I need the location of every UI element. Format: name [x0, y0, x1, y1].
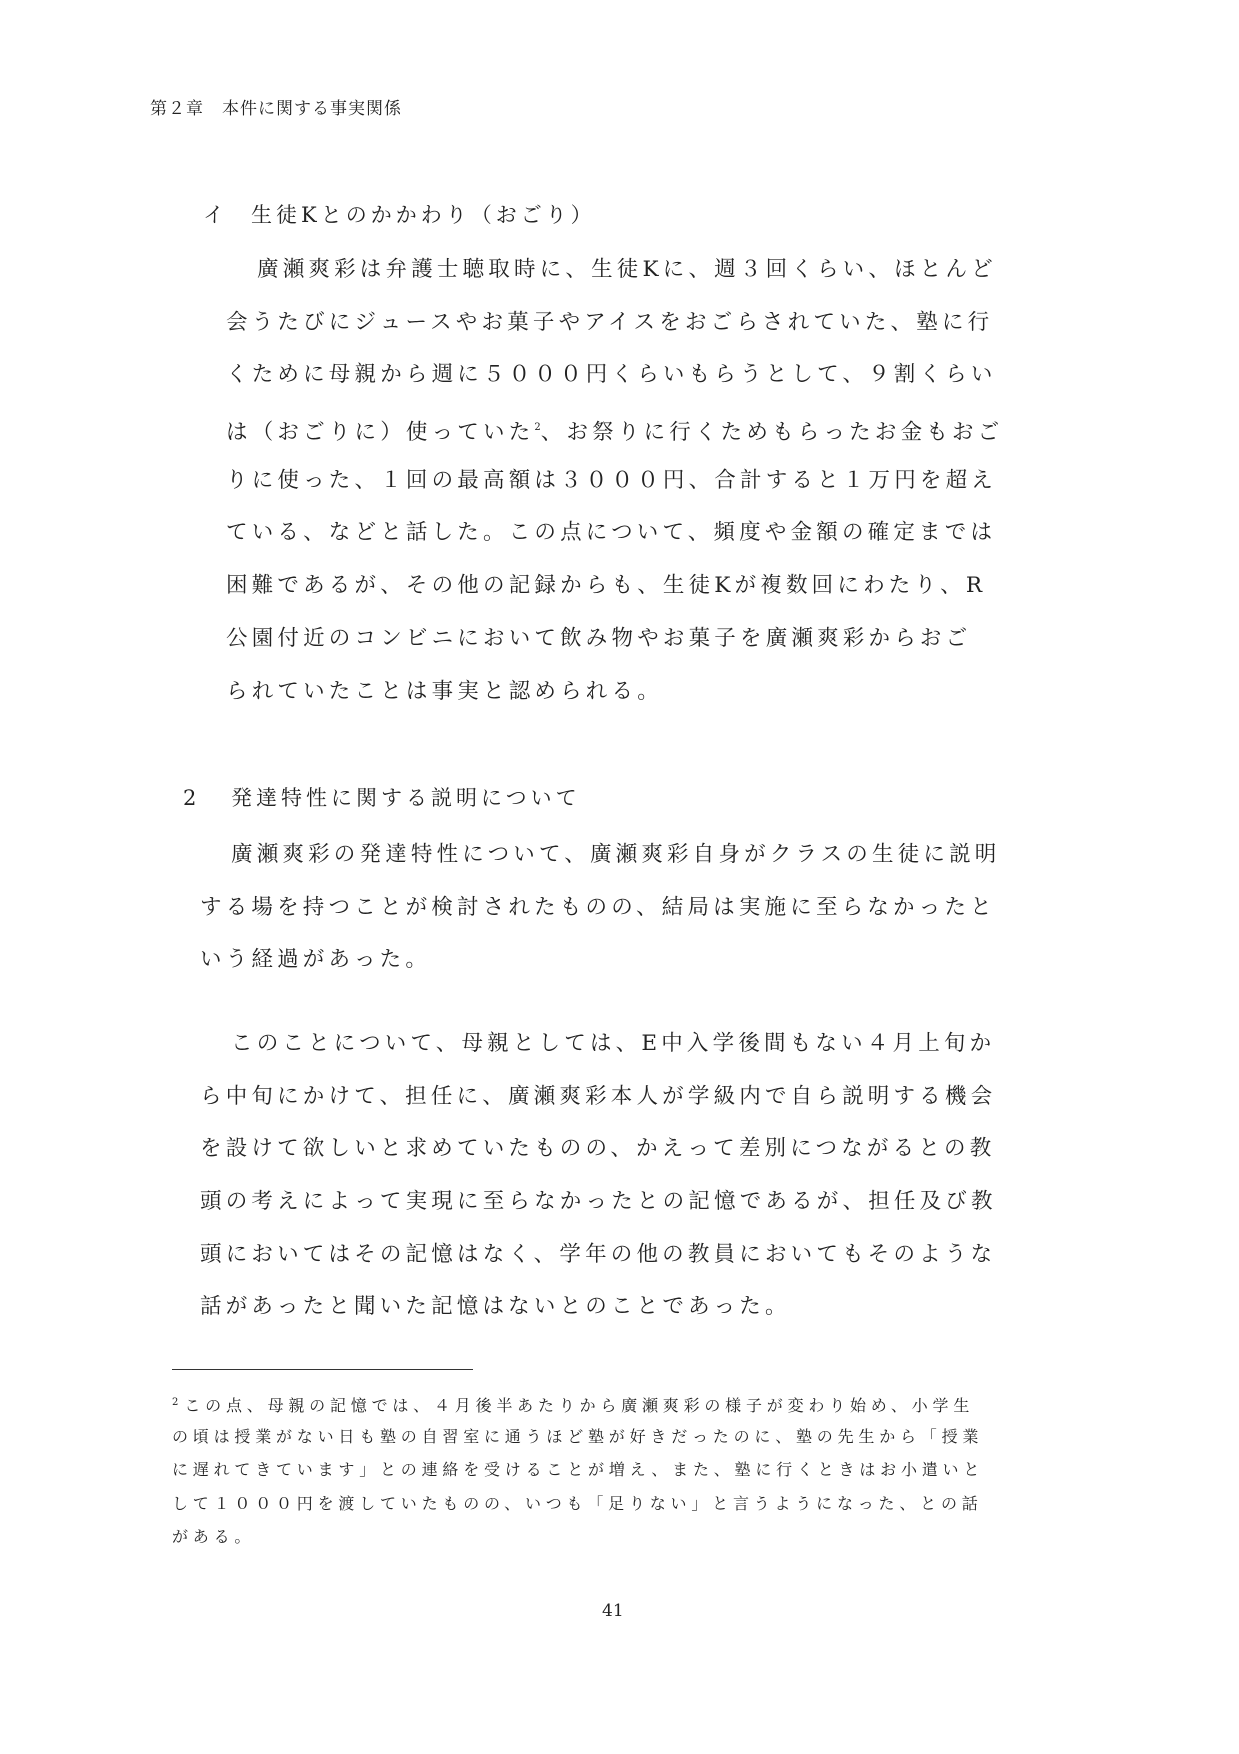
section-number: 2	[183, 786, 231, 810]
footnote: 2この点、母親の記憶では、４月後半あたりから廣瀬爽彩の様子が変わり始め、小学生 …	[172, 1386, 984, 1554]
paragraph-ogori: 廣瀬爽彩は弁護士聴取時に、生徒Kに、週３回くらい、ほとんど 会うたびにジュースや…	[226, 244, 1003, 718]
paragraph-line: このことについて、母親としては、E中入学後間もない４月上旬か	[200, 1018, 997, 1071]
page-number: 41	[602, 1601, 624, 1621]
section-heading-i: イ生徒Kとのかかわり（おごり）	[203, 199, 596, 229]
footnote-line: して１０００円を渡していたものの、いつも「足りない」と言うようになった、との話	[172, 1487, 984, 1521]
footnote-line: の頃は授業がない日も塾の自習室に通うほど塾が好きだったのに、塾の先生から「授業	[172, 1420, 984, 1454]
paragraph-line: 頭の考えによって実現に至らなかったとの記憶であるが、担任及び教	[200, 1176, 997, 1229]
paragraph-line: は（おごりに）使っていた2、お祭りに行くためもらったお金もおご	[226, 402, 1003, 455]
paragraph-line: を設けて欲しいと求めていたものの、かえって差別につながるとの教	[200, 1123, 997, 1176]
paragraph-line: られていたことは事実と認められる。	[226, 666, 1003, 719]
paragraph-line: 廣瀬爽彩は弁護士聴取時に、生徒Kに、週３回くらい、ほとんど	[226, 244, 1003, 297]
section-marker: イ	[203, 199, 251, 229]
paragraph-line: りに使った、１回の最高額は３０００円、合計すると１万円を超え	[226, 455, 1003, 508]
paragraph-explanation: 廣瀬爽彩の発達特性について、廣瀬爽彩自身がクラスの生徒に説明 する場を持つことが…	[200, 829, 1001, 987]
running-header: 第２章 本件に関する事実関係	[150, 94, 402, 119]
paragraph-mother-memory: このことについて、母親としては、E中入学後間もない４月上旬か ら中旬にかけて、担…	[200, 1018, 997, 1334]
footnote-line: 2この点、母親の記憶では、４月後半あたりから廣瀬爽彩の様子が変わり始め、小学生	[172, 1386, 984, 1420]
footnote-line: がある。	[172, 1520, 984, 1554]
paragraph-line: くために母親から週に５０００円くらいもらうとして、９割くらい	[226, 349, 1003, 402]
paragraph-line: 話があったと聞いた記憶はないとのことであった。	[200, 1281, 997, 1334]
section-title: 生徒Kとのかかわり（おごり）	[251, 203, 596, 227]
paragraph-line: する場を持つことが検討されたものの、結局は実施に至らなかったと	[200, 882, 1001, 935]
footnote-line: に遅れてきています」との連絡を受けることが増え、また、塾に行くときはお小遣いと	[172, 1453, 984, 1487]
footnote-number: 2	[172, 1397, 178, 1408]
paragraph-line: 困難であるが、その他の記録からも、生徒Kが複数回にわたり、R	[226, 560, 1003, 613]
section-heading-2: 2発達特性に関する説明について	[183, 782, 581, 812]
footnote-separator	[172, 1369, 473, 1370]
paragraph-line: ている、などと話した。この点について、頻度や金額の確定までは	[226, 507, 1003, 560]
paragraph-line: いう経過があった。	[200, 934, 1001, 987]
section-title: 発達特性に関する説明について	[231, 786, 581, 810]
paragraph-line: 廣瀬爽彩の発達特性について、廣瀬爽彩自身がクラスの生徒に説明	[200, 829, 1001, 882]
paragraph-line: 会うたびにジュースやお菓子やアイスをおごらされていた、塾に行	[226, 297, 1003, 350]
paragraph-line: 公園付近のコンビニにおいて飲み物やお菓子を廣瀬爽彩からおご	[226, 613, 1003, 666]
paragraph-line: 頭においてはその記憶はなく、学年の他の教員においてもそのような	[200, 1229, 997, 1282]
paragraph-line: ら中旬にかけて、担任に、廣瀬爽彩本人が学級内で自ら説明する機会	[200, 1071, 997, 1124]
